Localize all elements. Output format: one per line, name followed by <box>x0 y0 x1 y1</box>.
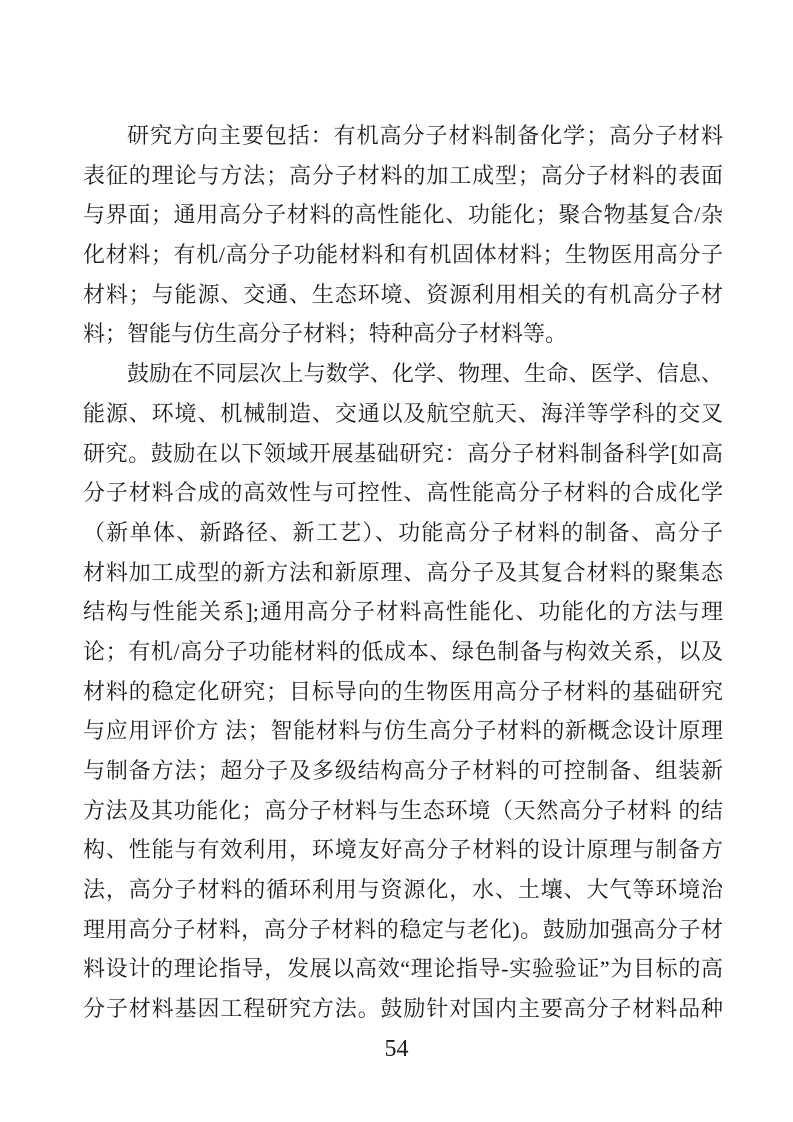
text-line: 研究。鼓励在以下领域开展基础研究：高分子材料制备科学[如高 <box>83 434 723 474</box>
paragraph: 研究方向主要包括：有机高分子材料制备化学；高分子材料表征的理论与方法；高分子材料… <box>83 116 723 354</box>
text-line: 材料；与能源、交通、生态环境、资源利用相关的有机高分子材 <box>83 275 723 315</box>
text-line: 法，高分子材料的循环利用与资源化，水、土壤、大气等环境治 <box>83 870 723 910</box>
text-line: 结构与性能关系];通用高分子材料高性能化、功能化的方法与理 <box>83 592 723 632</box>
body-text: 研究方向主要包括：有机高分子材料制备化学；高分子材料表征的理论与方法；高分子材料… <box>83 116 723 1029</box>
text-line: 料；智能与仿生高分子材料；特种高分子材料等。 <box>83 314 723 354</box>
text-line: 料设计的理论指导，发展以高效“理论指导-实验验证”为目标的高 <box>83 949 723 989</box>
text-line: 构、性能与有效利用，环境友好高分子材料的设计原理与制备方 <box>83 830 723 870</box>
text-line: 理用高分子材料，高分子材料的稳定与老化)。鼓励加强高分子材 <box>83 910 723 950</box>
paragraph: 鼓励在不同层次上与数学、化学、物理、生命、医学、信息、能源、环境、机械制造、交通… <box>83 354 723 1029</box>
text-line: 与应用评价方 法；智能材料与仿生高分子材料的新概念设计原理 <box>83 711 723 751</box>
text-line: 与制备方法；超分子及多级结构高分子材料的可控制备、组装新 <box>83 751 723 791</box>
page-footer: 54 <box>0 1036 793 1062</box>
text-line: 化材料；有机/高分子功能材料和有机固体材料；生物医用高分子 <box>83 235 723 275</box>
text-line: 材料的稳定化研究；目标导向的生物医用高分子材料的基础研究 <box>83 672 723 712</box>
text-line: 研究方向主要包括：有机高分子材料制备化学；高分子材料 <box>83 116 723 156</box>
text-line: 方法及其功能化；高分子材料与生态环境（天然高分子材料 的结 <box>83 791 723 831</box>
page-number: 54 <box>385 1036 409 1062</box>
text-line: 与界面；通用高分子材料的高性能化、功能化；聚合物基复合/杂 <box>83 195 723 235</box>
text-line: 鼓励在不同层次上与数学、化学、物理、生命、医学、信息、 <box>83 354 723 394</box>
text-line: 能源、环境、机械制造、交通以及航空航天、海洋等学科的交叉 <box>83 394 723 434</box>
text-line: （新单体、新路径、新工艺）、功能高分子材料的制备、高分子 <box>83 513 723 553</box>
text-line: 材料加工成型的新方法和新原理、高分子及其复合材料的聚集态 <box>83 553 723 593</box>
document-page: 研究方向主要包括：有机高分子材料制备化学；高分子材料表征的理论与方法；高分子材料… <box>0 0 793 1122</box>
text-line: 分子材料合成的高效性与可控性、高性能高分子材料的合成化学 <box>83 473 723 513</box>
text-line: 分子材料基因工程研究方法。鼓励针对国内主要高分子材料品种 <box>83 989 723 1029</box>
text-line: 表征的理论与方法；高分子材料的加工成型；高分子材料的表面 <box>83 156 723 196</box>
text-line: 论；有机/高分子功能材料的低成本、绿色制备与构效关系，以及 <box>83 632 723 672</box>
